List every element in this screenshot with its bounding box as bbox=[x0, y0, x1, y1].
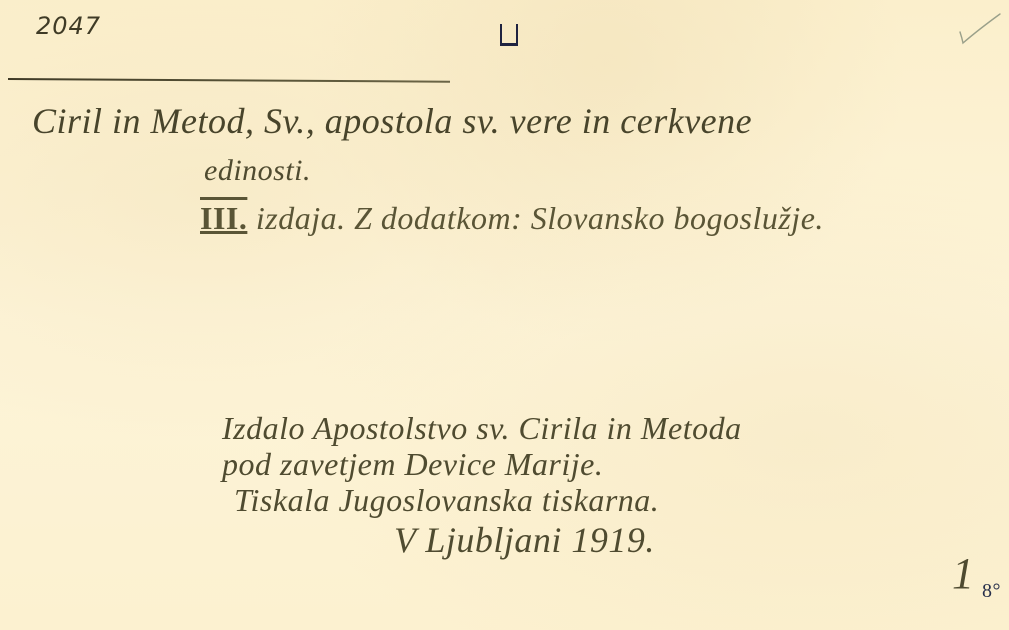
shelf-mark-icon bbox=[500, 24, 518, 46]
imprint-block: Izdalo Apostolstvo sv. Cirila in Metoda … bbox=[222, 410, 742, 558]
volume-number: 1 bbox=[952, 548, 975, 599]
check-mark-icon bbox=[958, 12, 1002, 48]
title-line-2: edinosti. bbox=[204, 154, 311, 188]
imprint-publisher: Izdalo Apostolstvo sv. Cirila in Metoda bbox=[222, 410, 742, 446]
edition-statement: III. izdaja. Z dodatkom: Slovansko bogos… bbox=[200, 200, 824, 237]
title-line-1: Ciril in Metod, Sv., apostola sv. vere i… bbox=[32, 100, 752, 142]
divider-rule bbox=[8, 78, 450, 83]
imprint-place-date: V Ljubljani 1919. bbox=[394, 522, 742, 558]
format-mark: 8° bbox=[982, 580, 1001, 603]
edition-number: III. bbox=[200, 200, 247, 236]
imprint-printer: Tiskala Jugoslovanska tiskarna. bbox=[234, 482, 742, 518]
edition-text: izdaja. Z dodatkom: Slovansko bogoslužje… bbox=[247, 200, 824, 236]
call-number: 2047 bbox=[36, 12, 101, 40]
imprint-patronage: pod zavetjem Device Marije. bbox=[222, 446, 742, 482]
catalog-card: 2047 Ciril in Metod, Sv., apostola sv. v… bbox=[0, 0, 1009, 630]
